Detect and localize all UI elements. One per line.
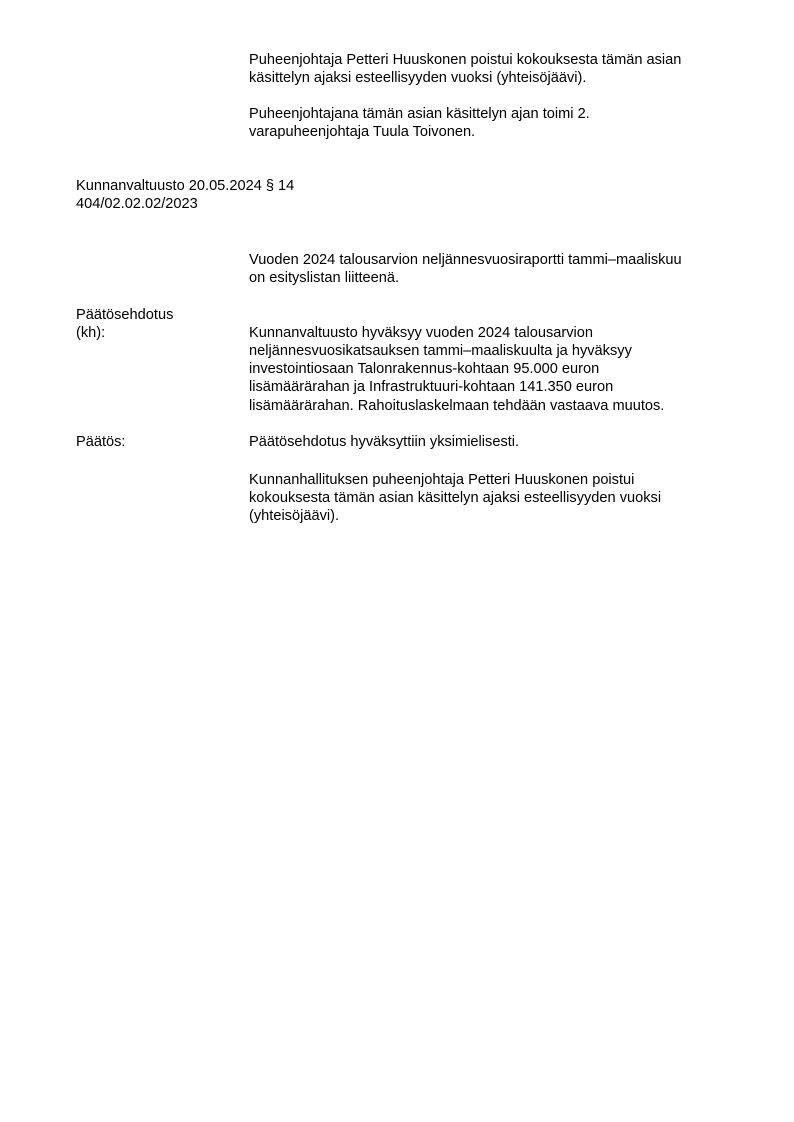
text-line: investointiosaan Talonrakennus-kohtaan 9… [249,360,599,378]
text-line: Puheenjohtaja Petteri Huuskonen poistui … [249,51,681,69]
text-line: (yhteisöjäävi). [249,507,339,525]
text-line: lisämäärärahan. Rahoituslaskelmaan tehdä… [249,397,664,415]
decision-label: Päätös: [76,433,126,451]
proposal-label: Päätösehdotus [76,306,173,324]
decision-text: Päätösehdotus hyväksyttiin yksimielisest… [249,433,519,451]
text-line: käsittelyn ajaksi esteellisyyden vuoksi … [249,69,586,87]
text-line: kokouksesta tämän asian käsittelyn ajaks… [249,489,661,507]
meeting-reference: Kunnanvaltuusto 20.05.2024 § 14 [76,177,294,195]
text-line: Kunnanvaltuusto hyväksyy vuoden 2024 tal… [249,324,593,342]
text-line: on esityslistan liitteenä. [249,269,399,287]
text-line: neljännesvuosikatsauksen tammi–maaliskuu… [249,342,632,360]
text-line: varapuheenjohtaja Tuula Toivonen. [249,123,475,141]
text-line: Vuoden 2024 talousarvion neljännesvuosir… [249,251,682,269]
text-line: Kunnanhallituksen puheenjohtaja Petteri … [249,471,634,489]
text-line: Puheenjohtajana tämän asian käsittelyn a… [249,105,590,123]
record-id: 404/02.02.02/2023 [76,195,198,213]
text-line: lisämäärärahan ja Infrastruktuuri-kohtaa… [249,378,613,396]
proposal-label-sub: (kh): [76,324,105,342]
